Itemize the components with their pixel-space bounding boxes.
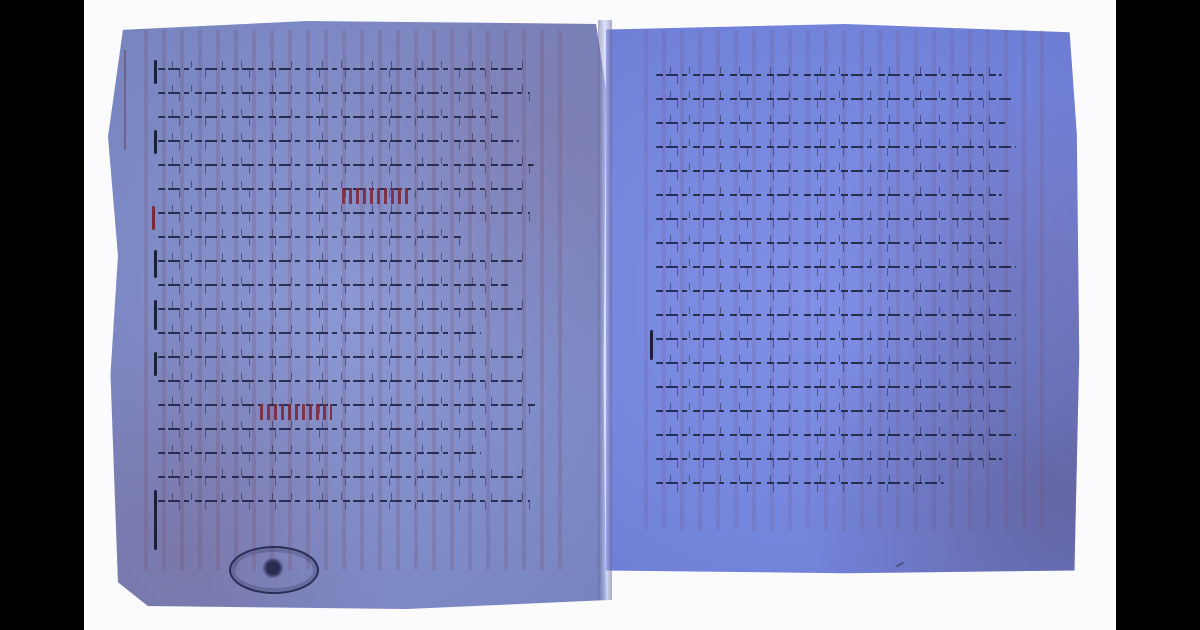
initial-letter-red (152, 206, 155, 230)
initial-letter (154, 490, 157, 550)
initial-letter (154, 60, 157, 84)
initial-letter (154, 300, 157, 330)
left-page-text (158, 68, 538, 524)
rubric-heading-2 (260, 404, 332, 420)
rubric-heading-1 (342, 188, 410, 204)
right-page-text (656, 74, 1016, 506)
initial-letter (650, 330, 653, 360)
margin-note (124, 50, 126, 150)
image-frame (84, 0, 1116, 630)
book-gutter (598, 20, 612, 600)
initial-letter (154, 352, 157, 376)
initial-letter (154, 250, 157, 278)
library-stamp (229, 546, 319, 594)
initial-letter (154, 130, 157, 154)
